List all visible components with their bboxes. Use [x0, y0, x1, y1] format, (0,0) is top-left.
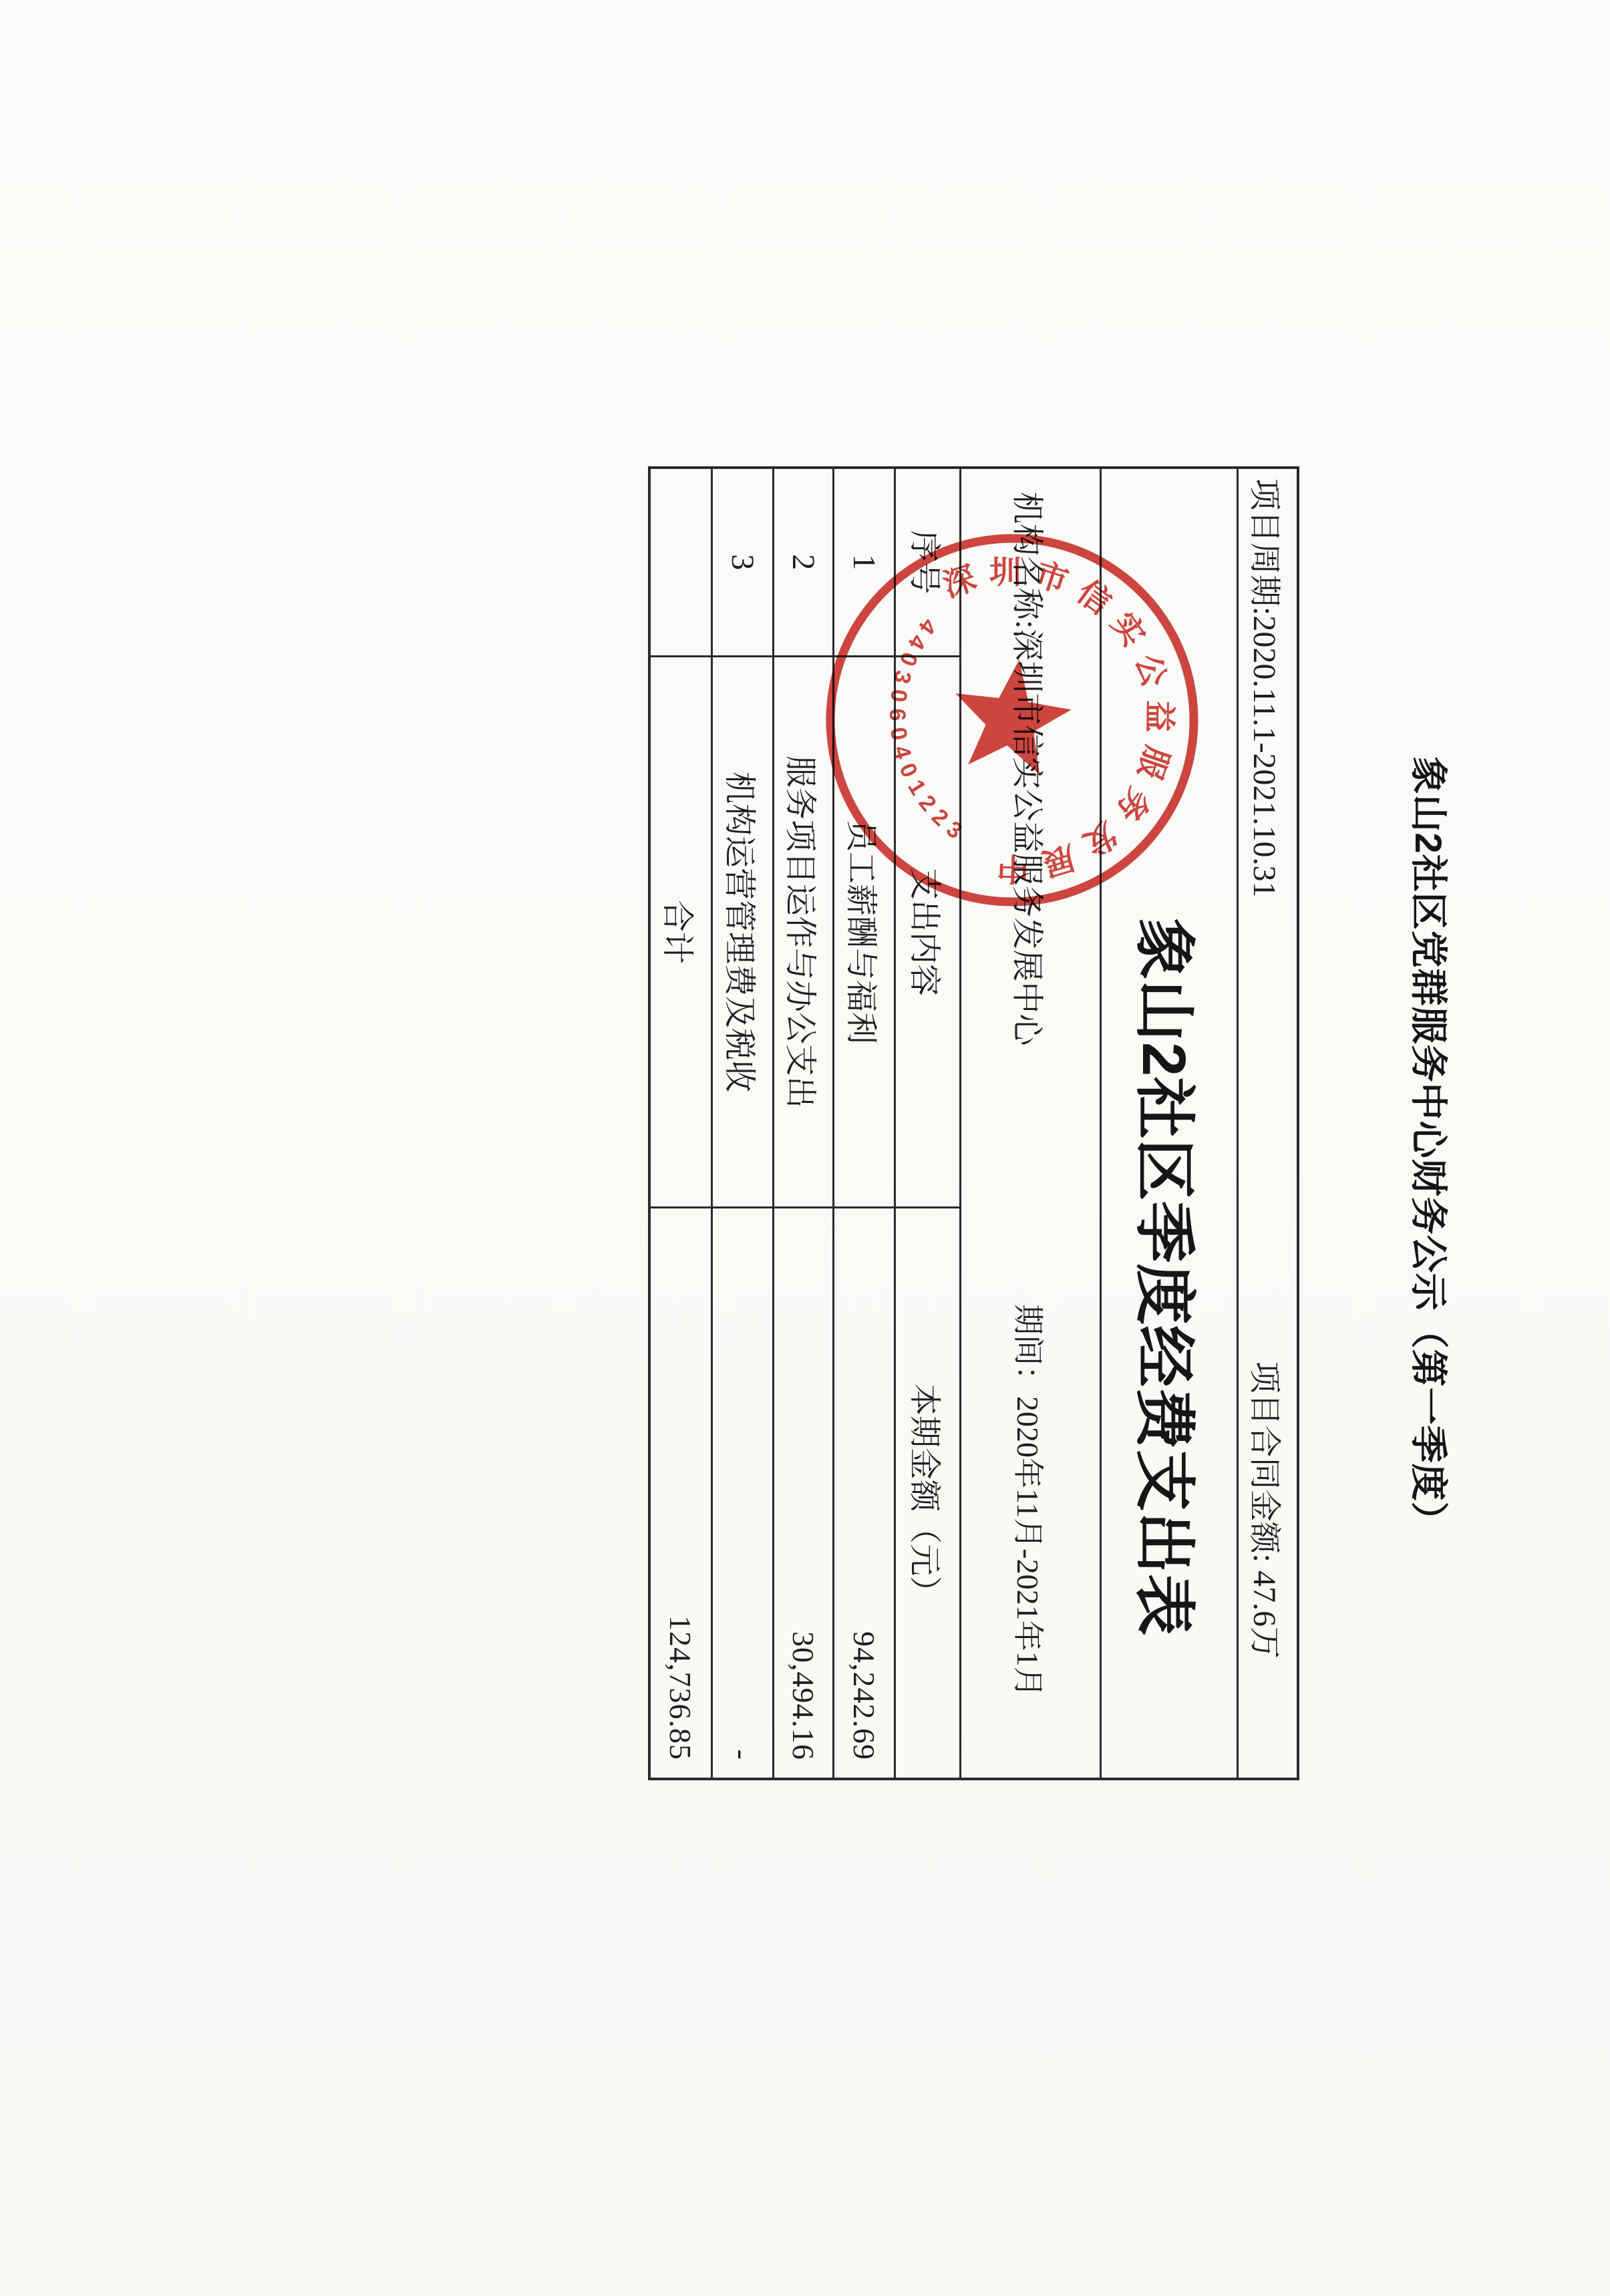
red-seal-stamp: 深圳市信实公益服务发展中心 4403060401223 [812, 520, 1213, 921]
table-row: 3 机构运营管理费及税收 - [711, 469, 772, 1778]
row-amount: - [713, 1208, 772, 1783]
row-seq: 3 [713, 469, 772, 657]
seal-code-text-arc: 4403060401223 [866, 611, 979, 857]
total-label: 合计 [651, 657, 711, 1208]
header-amount: 本期金额（元） [896, 1208, 959, 1783]
landscape-sheet: 象山2社区党群服务中心财务公示（第一季度） 项目周期:2020.11.1-202… [0, 0, 1610, 2296]
scanned-document-page: 象山2社区党群服务中心财务公示（第一季度） 项目周期:2020.11.1-202… [0, 0, 1610, 2296]
row-amount: 94,242.69 [834, 1208, 894, 1783]
table-title: 象山2社区季度经费支出表 [1125, 918, 1213, 1636]
period-range: 期间：2020年11月-2021年1月 [1009, 1304, 1053, 1697]
project-info-row: 项目周期:2020.11.1-2021.10.31 项目合同金额: 47.6万 [1237, 469, 1297, 1778]
row-amount: 30,494.16 [774, 1208, 832, 1783]
project-period: 项目周期:2020.11.1-2021.10.31 [1245, 478, 1291, 898]
row-item: 机构运营管理费及税收 [713, 657, 772, 1208]
seal-star-icon [952, 652, 1082, 786]
contract-amount: 项目合同金额: 47.6万 [1245, 1361, 1291, 1659]
page-title: 象山2社区党群服务中心财务公示（第一季度） [1404, 0, 1458, 2296]
total-amount: 124,736.85 [651, 1208, 711, 1783]
total-seq-empty [651, 469, 711, 657]
total-row: 合计 124,736.85 [651, 469, 711, 1778]
